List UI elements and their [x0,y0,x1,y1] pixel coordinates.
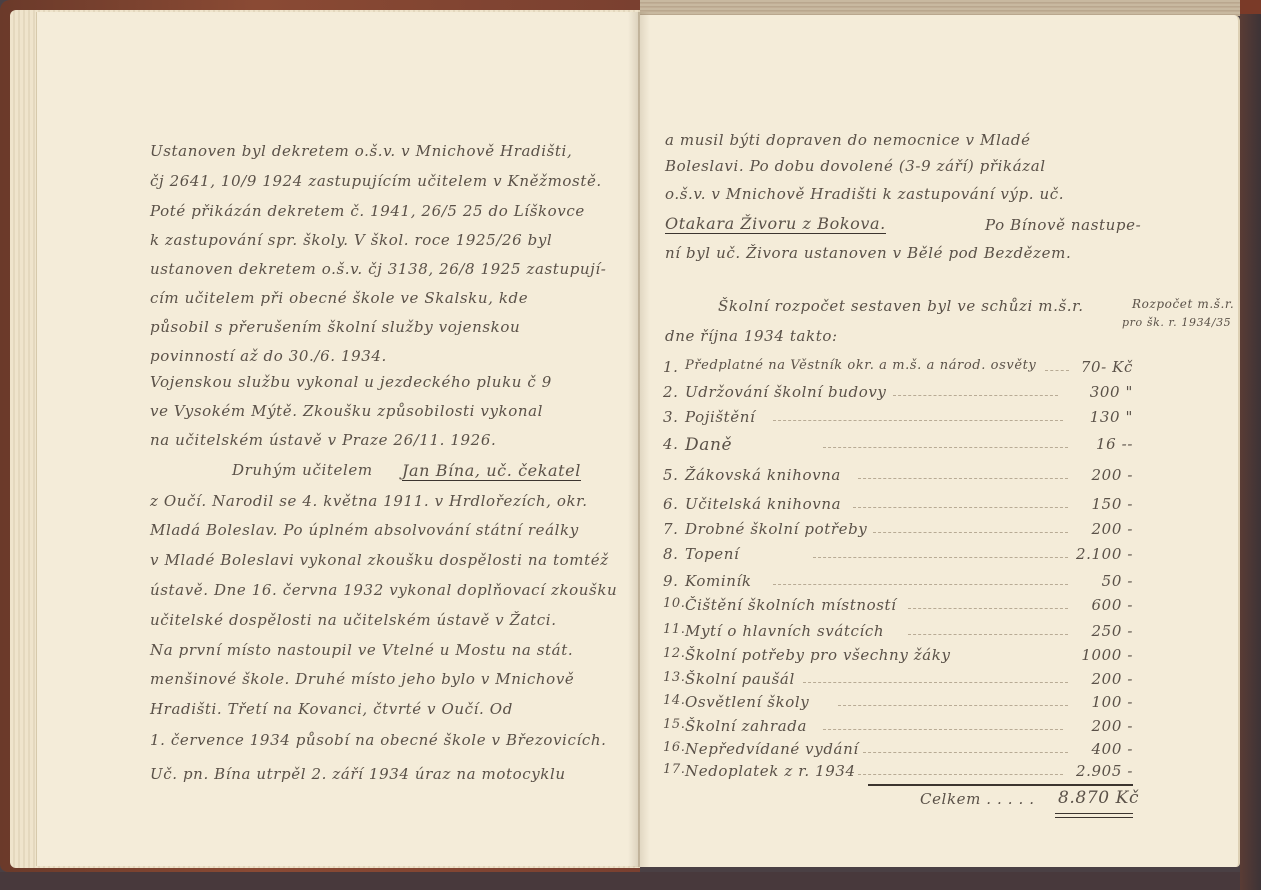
item-label: Školní zahrada [685,717,807,735]
item-label: Pojištění [685,408,755,426]
item-label: Předplatné na Věstník okr. a m.š. a náro… [685,358,1036,373]
item-number: 3. [663,408,679,426]
text-line: Vojenskou službu vykonal u jezdeckého pl… [150,373,552,391]
item-amount: 200 - [1092,520,1133,538]
budget-row: 12. Školní potřeby pro všechny žáky 1000… [663,646,1133,666]
item-amount: 130 " [1090,408,1133,426]
item-amount: 16 -- [1096,435,1133,453]
book-cover-right [1240,0,1261,890]
item-label: Nepředvídané vydání [685,740,859,758]
item-number: 12. [663,646,685,661]
teacher-name: Jan Bína, uč. čekatel [402,461,581,481]
item-label: Čištění školních místností [685,596,897,614]
item-label: Drobné školní potřeby [685,520,867,538]
budget-row: 3. Pojištění 130 " [663,408,1133,428]
text-line: v Mladé Boleslavi vykonal zkoušku dospěl… [150,551,609,569]
total-amount: 8.870 Kč [1058,788,1139,808]
leader-dots [908,608,1068,609]
text-line: 1. července 1934 působí na obecné škole … [150,731,606,749]
budget-row: 14. Osvětlení školy 100 - [663,693,1133,713]
text-line: Hradišti. Třetí na Kovanci, čtvrté v Ouč… [150,700,513,718]
budget-row: 9. Kominík 50 - [663,572,1133,592]
leader-dots [858,774,1063,775]
right-page-stack [640,0,1240,16]
budget-row: 2. Udržování školní budovy 300 " [663,383,1133,403]
leader-dots [813,557,1068,558]
text-line: ústavě. Dne 16. června 1932 vykonal dopl… [150,581,617,599]
item-label: Kominík [685,572,752,590]
total-rule [868,784,1133,786]
margin-note: pro šk. r. 1934/35 [1122,316,1231,329]
item-amount: 100 - [1092,693,1133,711]
text-line: působil s přerušením školní služby vojen… [150,318,520,336]
budget-row: 16. Nepředvídané vydání 400 - [663,740,1133,760]
budget-intro: Školní rozpočet sestaven byl ve schůzi m… [718,297,1084,315]
leader-dots [893,395,1058,396]
text-line: povinností až do 30./6. 1934. [150,347,387,365]
leader-dots [773,420,1063,421]
item-label: Školní paušál [685,670,795,688]
leader-dots [873,532,1068,533]
item-number: 1. [663,358,679,376]
item-label: Školní potřeby pro všechny žáky [685,646,951,664]
item-number: 14. [663,693,685,708]
text-line: a musil býti dopraven do nemocnice v Mla… [665,131,1031,149]
budget-intro-date: dne října 1934 takto: [665,327,838,345]
item-number: 13. [663,670,685,685]
text-line: Na první místo nastoupil ve Vtelné u Mos… [150,641,573,659]
budget-row: 11. Mytí o hlavních svátcích 250 - [663,622,1133,642]
budget-row: 4. Daně 16 -- [663,435,1133,455]
book-gutter [628,12,650,867]
budget-row: 17. Nedoplatek z r. 1934 2.905 - [663,762,1133,782]
text-line: Poté přikázán dekretem č. 1941, 26/5 25 … [150,202,585,220]
text-line: čj 2641, 10/9 1924 zastupujícím učitelem… [150,172,602,190]
total-label: Celkem . . . . . [920,790,1035,808]
leader-dots [853,507,1068,508]
item-label: Mytí o hlavních svátcích [685,622,884,640]
item-amount: 150 - [1092,495,1133,513]
item-amount: 2.100 - [1076,545,1133,563]
text-line: o.š.v. v Mnichově Hradišti k zastupování… [665,185,1064,203]
budget-row: 6. Učitelská knihovna 150 - [663,495,1133,515]
item-amount: 2.905 - [1076,762,1133,780]
text-line: cím učitelem při obecné škole ve Skalsku… [150,289,528,307]
leader-dots [1045,370,1069,371]
table-surface [0,872,1261,890]
budget-row: 8. Topení 2.100 - [663,545,1133,565]
leader-dots [773,584,1068,585]
item-number: 10. [663,596,685,611]
leader-dots [823,729,1063,730]
total-underline [1055,813,1133,814]
text-line: k zastupování spr. školy. V škol. roce 1… [150,231,552,249]
budget-row: 5. Žákovská knihovna 200 - [663,466,1133,486]
budget-row: 13. Školní paušál 200 - [663,670,1133,690]
item-label: Nedoplatek z r. 1934 [685,762,856,780]
total-underline [1055,817,1133,818]
item-number: 15. [663,717,685,732]
text-line: ustanoven dekretem o.š.v. čj 3138, 26/8 … [150,260,606,278]
item-amount: 70- Kč [1081,358,1133,376]
budget-row: 10. Čištění školních místností 600 - [663,596,1133,616]
budget-row: 7. Drobné školní potřeby 200 - [663,520,1133,540]
item-number: 2. [663,383,679,401]
item-amount: 200 - [1092,466,1133,484]
text-line: Po Bínově nastupe- [985,216,1141,234]
teacher-intro: Druhým učitelem [232,461,373,479]
leader-dots [838,705,1068,706]
leader-dots [803,682,1068,683]
text-line: z Oučí. Narodil se 4. května 1911. v Hrd… [150,492,588,510]
text-line: Boleslavi. Po dobu dovolené (3-9 září) p… [665,157,1046,175]
item-amount: 400 - [1092,740,1133,758]
item-label: Osvětlení školy [685,693,809,711]
budget-row: 1. Předplatné na Věstník okr. a m.š. a n… [663,358,1133,378]
item-number: 11. [663,622,685,637]
item-number: 5. [663,466,679,484]
text-line: ve Vysokém Mýtě. Zkoušku způsobilosti vy… [150,402,543,420]
leader-dots [858,478,1068,479]
item-amount: 300 " [1090,383,1133,401]
text-line: menšinové škole. Druhé místo jeho bylo v… [150,670,574,688]
margin-note: Rozpočet m.š.r. [1132,297,1234,311]
item-amount: 250 - [1092,622,1133,640]
text-line: Mladá Boleslav. Po úplném absolvování st… [150,521,579,539]
item-amount: 1000 - [1081,646,1133,664]
text-line: Ustanoven byl dekretem o.š.v. v Mnichově… [150,142,572,160]
item-number: 7. [663,520,679,538]
item-number: 6. [663,495,679,513]
item-label: Žákovská knihovna [685,466,841,484]
item-label: Učitelská knihovna [685,495,841,513]
item-amount: 600 - [1092,596,1133,614]
text-line: učitelské dospělosti na učitelském ústav… [150,611,557,629]
item-label: Udržování školní budovy [685,383,886,401]
budget-row: 15. Školní zahrada 200 - [663,717,1133,737]
text-line: ní byl uč. Živora ustanoven v Bělé pod B… [665,244,1071,262]
leader-dots [863,752,1068,753]
item-label: Daně [685,435,732,455]
item-number: 16. [663,740,685,755]
substitute-name: Otakara Živoru z Bokova. [665,214,886,234]
item-number: 9. [663,572,679,590]
item-number: 4. [663,435,679,453]
text-line: na učitelském ústavě v Praze 26/11. 1926… [150,431,496,449]
item-amount: 50 - [1102,572,1133,590]
leader-dots [823,447,1068,448]
item-number: 17. [663,762,685,777]
item-amount: 200 - [1092,717,1133,735]
item-label: Topení [685,545,739,563]
text-line: Uč. pn. Bína utrpěl 2. září 1934 úraz na… [150,765,566,783]
item-amount: 200 - [1092,670,1133,688]
leader-dots [908,634,1068,635]
item-number: 8. [663,545,679,563]
